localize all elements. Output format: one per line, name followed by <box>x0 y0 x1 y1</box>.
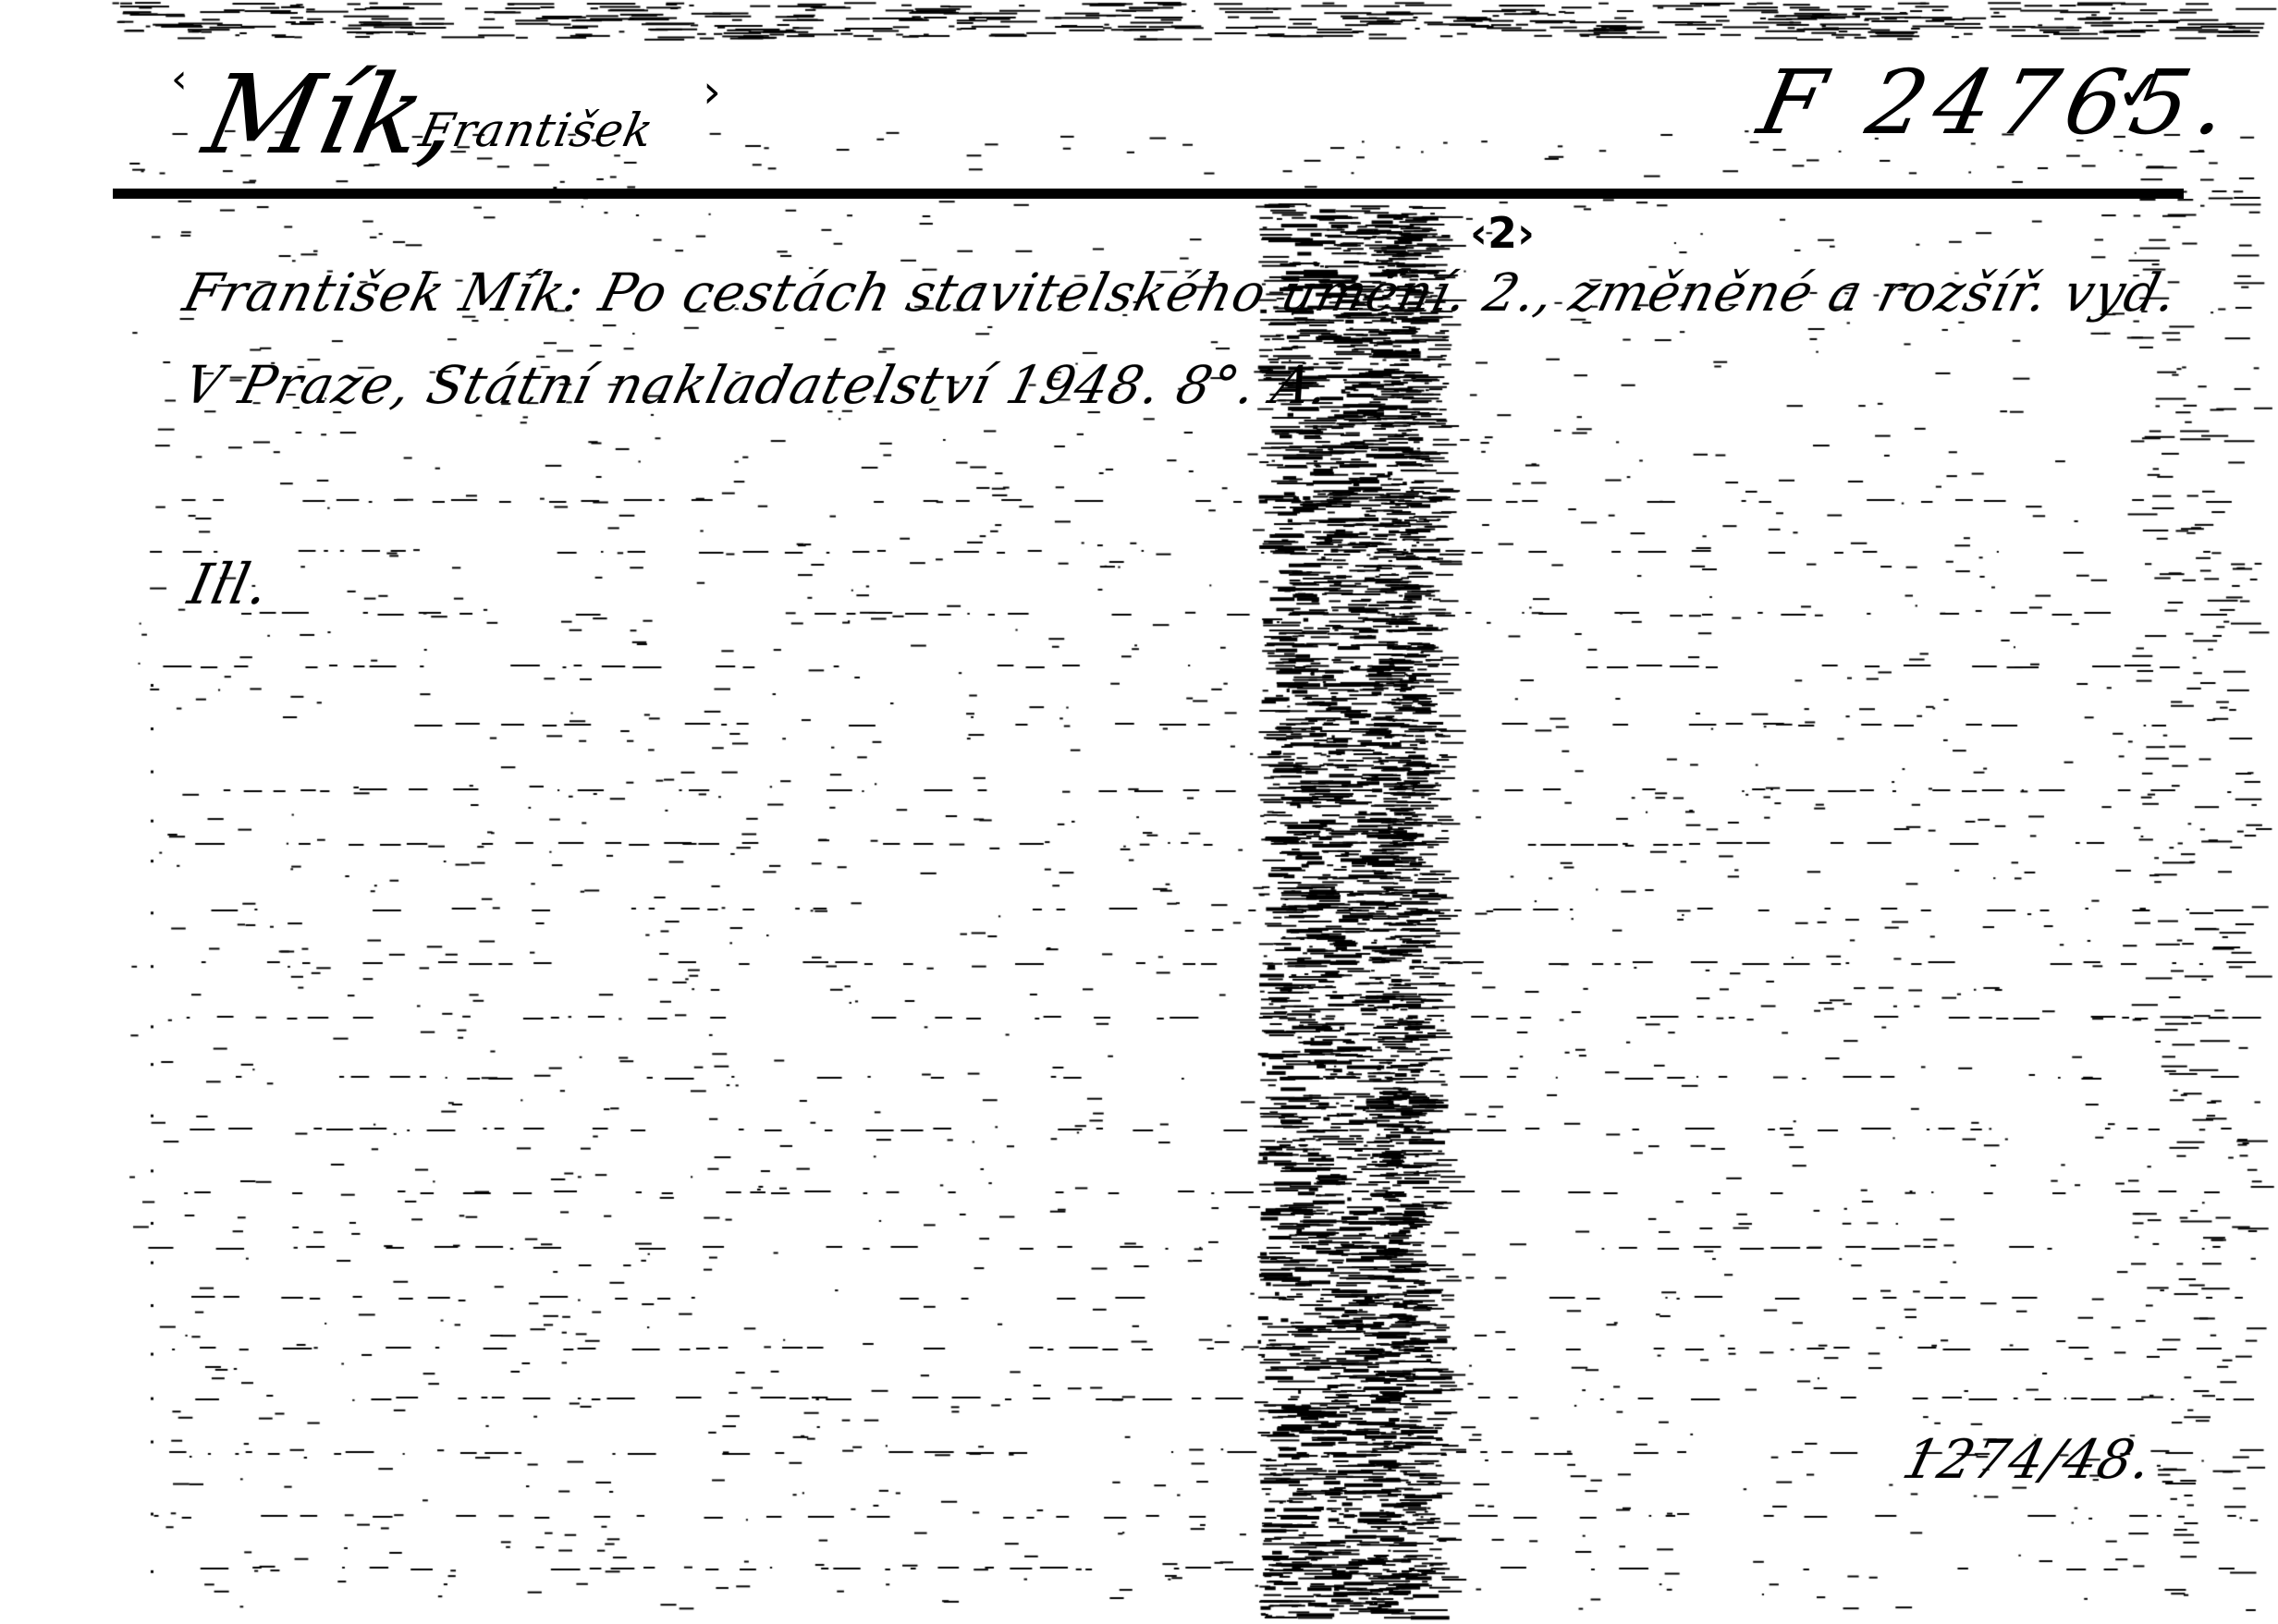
heading-close-mark: › <box>703 65 721 118</box>
accession-number: 1274/48. <box>1897 1428 2160 1491</box>
heading-open-mark: ‹ <box>171 55 188 103</box>
description-line-2: V Praze, Státní nakladatelství 1948. 8°.… <box>178 356 1337 416</box>
description-line-1: František Mík: Po cestách stavitelského … <box>178 263 2184 324</box>
scan-noise <box>0 0 2278 1624</box>
shelfmark: F 24765. <box>1750 51 2247 154</box>
heading-rule <box>113 189 2184 199</box>
check-mark-icon: ✓ <box>2115 57 2165 126</box>
heading-given-name: František <box>415 104 659 157</box>
illustrations-note: Ill. <box>183 553 276 617</box>
edition-mark: ‹2› <box>1470 208 1535 258</box>
catalog-card: ‹ Mík, František › F 24765. ✓ ‹2› Franti… <box>0 0 2278 1624</box>
